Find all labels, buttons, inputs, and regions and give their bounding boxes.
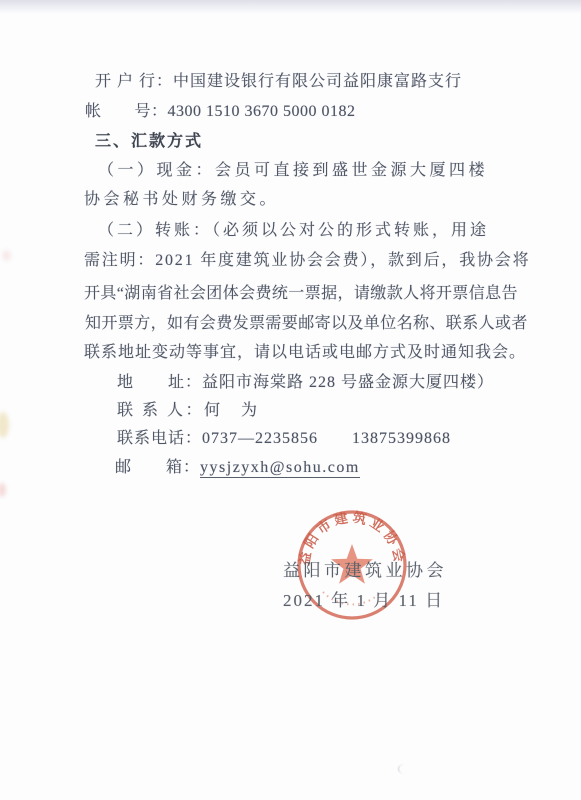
email-label: 邮 箱： [115,459,200,476]
scan-artifact [0,483,6,497]
scan-artifact [2,250,11,261]
account-number-line: 帐 号：4300 1510 3670 5000 0182 [85,102,356,122]
transfer-paragraph-line: （二）转账：（必须以公对公的形式转账，用途 [98,221,489,241]
contact-person-line: 联 系 人：何 为 [117,401,260,421]
scanned-document-page: 开 户 行：中国建设银行有限公司益阳康富路支行 帐 号：4300 1510 36… [0,0,581,800]
transfer-paragraph-line: 需注明：2021 年度建筑业协会会费），款到后，我协会将 [84,251,530,271]
signature-date: 2021 年 1 月 11 日 [283,586,444,611]
cash-paragraph-line: （一）现金：会员可直接到盛世金源大厦四楼 [98,161,488,181]
section-heading: 三、汇款方式 [95,132,203,152]
email-line: 邮 箱：yysjzyxh@sohu.com [115,458,360,478]
scan-edge-artifact [0,0,581,14]
signature-org: 益阳市建筑业协会 [283,556,447,581]
phone-line: 联系电话：0737—2235856 13875399868 [117,429,451,449]
cash-paragraph-line: 协会秘书处财务缴交。 [84,190,279,210]
address-line: 地 址：益阳市海棠路 228 号盛金源大厦四楼） [117,373,494,393]
bank-name-line: 开 户 行：中国建设银行有限公司益阳康富路支行 [95,72,462,92]
scan-artifact [0,412,9,438]
transfer-paragraph-line: 联系地址变动等事宜，请以电话或电邮方式及时通知我会。 [84,343,526,363]
transfer-paragraph-line: 开具“湖南省社会团体会费统一票据，请缴款人将开票信息告 [84,284,518,304]
transfer-paragraph-line: 知开票方，如有会费发票需要邮寄以及单位名称、联系人或者 [85,314,528,334]
email-address: yysjzyxh@sohu.com [200,459,360,478]
scan-artifact [398,764,411,774]
